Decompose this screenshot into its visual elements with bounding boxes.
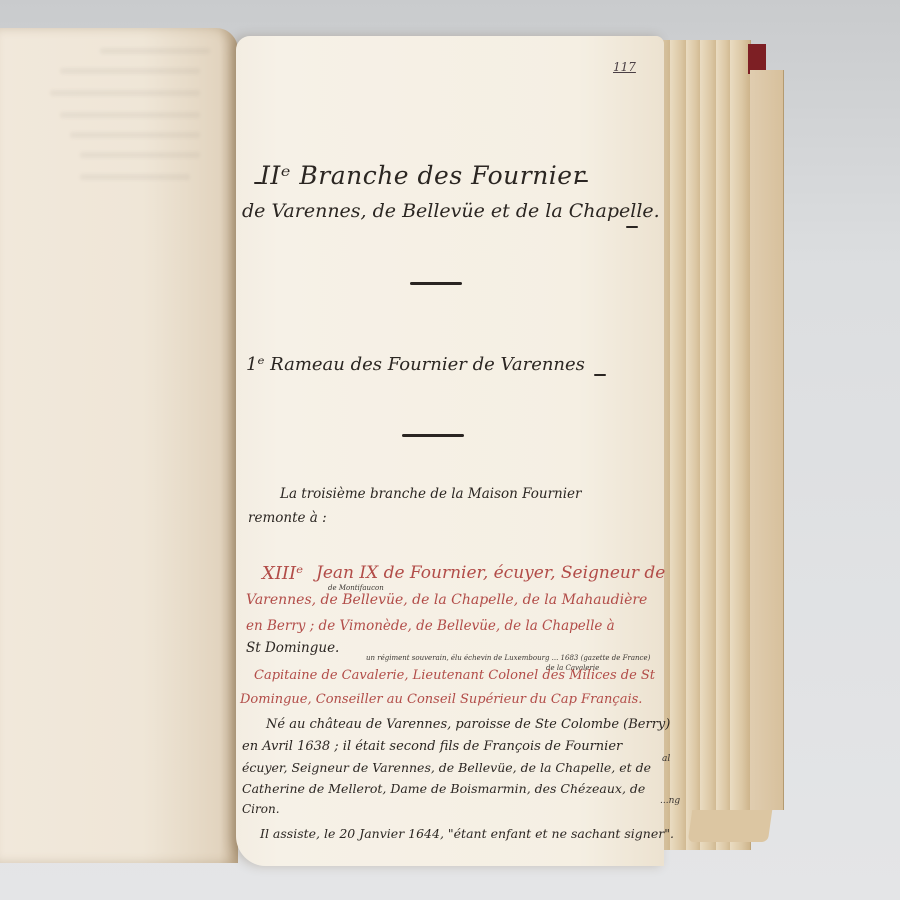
branch-title: IIᵉ Branche des Fournier	[260, 161, 585, 190]
bleed-through-line	[60, 68, 200, 74]
bleed-through-line	[60, 112, 200, 118]
title-dash	[594, 374, 606, 376]
left-page	[0, 28, 238, 863]
intro-line: La troisième branche de la Maison Fourni…	[280, 486, 582, 502]
birth-line: Né au château de Varennes, paroisse de S…	[266, 717, 670, 732]
interlinear-note: de Montifaucon	[328, 584, 384, 592]
birth-line: Ciron.	[242, 802, 280, 816]
entry-line: St Domingue.	[246, 640, 339, 656]
section-title: 1ᵉ Rameau des Fournier de Varennes	[246, 354, 585, 375]
title-dash	[576, 180, 588, 182]
title-dash	[626, 226, 638, 228]
entry-line: Jean IX de Fournier, écuyer, Seigneur de	[316, 563, 665, 583]
career-line: Domingue, Conseiller au Conseil Supérieu…	[240, 692, 642, 707]
career-line: Capitaine de Cavalerie, Lieutenant Colon…	[254, 668, 655, 683]
bleed-through-line	[100, 48, 210, 54]
interlinear-note: un régiment souverain, élu échevin de Lu…	[366, 654, 650, 662]
birth-line: en Avril 1638 ; il était second fils de …	[242, 739, 622, 754]
birth-line: Catherine de Mellerot, Dame de Boismarmi…	[242, 781, 645, 796]
manuscript-page: 117 IIᵉ Branche des Fournier de Varennes…	[236, 36, 664, 866]
section-divider	[402, 434, 464, 437]
bleed-through-line	[80, 174, 190, 180]
bleed-through-line	[70, 132, 200, 138]
bleed-through-line	[50, 90, 200, 96]
last-line: Il assiste, le 20 Janvier 1644, "étant e…	[260, 826, 674, 841]
generation-numeral: XIIIᵉ	[262, 563, 303, 584]
margin-mark: ...ng	[660, 796, 680, 806]
entry-line: Varennes, de Bellevüe, de la Chapelle, d…	[246, 592, 647, 608]
entry-line: en Berry ; de Vimonède, de Bellevüe, de …	[246, 618, 615, 634]
branch-subtitle: de Varennes, de Bellevüe et de la Chapel…	[242, 200, 660, 222]
section-divider	[410, 282, 462, 285]
curled-page-corner	[688, 810, 772, 842]
birth-line: écuyer, Seigneur de Varennes, de Bellevü…	[242, 760, 651, 775]
bleed-through-line	[80, 152, 200, 158]
margin-mark: al	[662, 754, 670, 764]
intro-line: remonte à :	[248, 510, 327, 526]
page-number: 117	[613, 60, 636, 74]
outer-leaf	[750, 70, 784, 810]
